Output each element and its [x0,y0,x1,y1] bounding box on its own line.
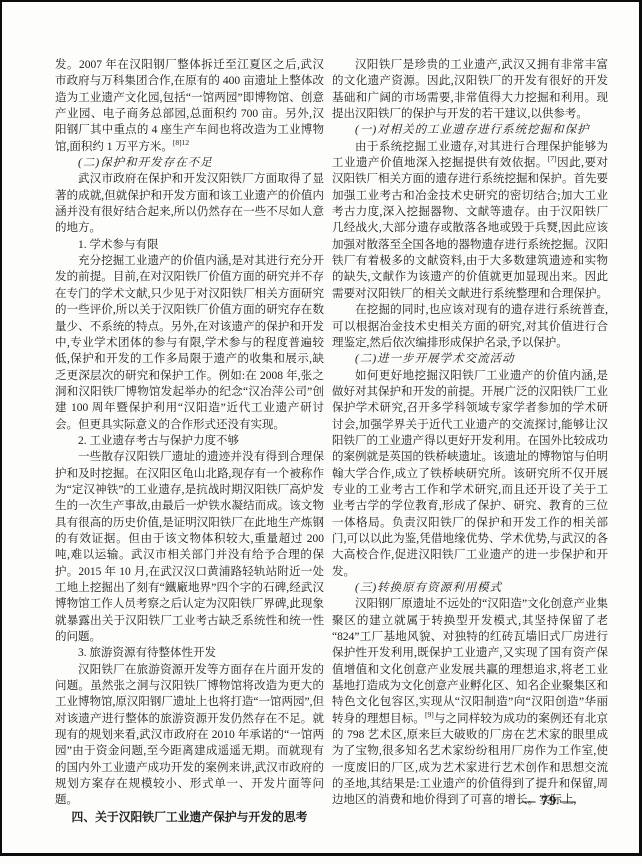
reference-superscript: [9] [425,710,434,719]
paragraph: 发。2007 年在汉阳钢厂整体拆迁至江夏区之后,武汉市政府与万科集团合作,在原有… [55,57,324,155]
scan-border-left [0,0,2,856]
subsection-heading: 3. 旅游资源有待整体性开发 [55,645,324,661]
paragraph-text: 发。2007 年在汉阳钢厂整体拆迁至江夏区之后,武汉市政府与万科集团合作,在原有… [55,59,324,153]
page-number: — 79 — [490,794,608,810]
paragraph: 如何更好地挖掘汉阳铁厂工业遗产的价值内涵,是做好对其保护和开发的前提。开展广泛的… [332,368,608,580]
scan-border-bottom [0,853,642,856]
paragraph-text: 与之同样较为成功的案例还有北京的 798 艺术区,原来巨大破败的厂房在艺术家的眼… [332,713,608,807]
reference-superscript: [7] [548,154,557,163]
subsection-heading: 1. 学术参与有限 [55,237,324,253]
section-heading: (一)对相关的工业遗存进行系统挖掘和保护 [332,122,608,138]
paragraph: 充分挖掘工业遗产的价值内涵,是对其进行充分开发的前提。目前,在对汉阳铁厂价值方面… [55,253,324,433]
section-heading: (二)保护和开发存在不足 [55,155,324,171]
paragraph: 武汉市政府在保护和开发汉阳铁厂方面取得了显著的成就,但就保护和开发方面和该工业遗… [55,171,324,236]
paragraph: 一些散存汉阳铁厂遗址的遗迹并没有得到合理保护和及时挖掘。在汉阳区龟山北路,现存有… [55,449,324,645]
scanned-page: 发。2007 年在汉阳钢厂整体拆迁至江夏区之后,武汉市政府与万科集团合作,在原有… [0,0,642,864]
paragraph: 在挖掘的同时,也应该对现有的遗存进行系统普查,可以根据冶金技术史相关方面的研究,… [332,302,608,351]
section-heading: (二)进一步开展学术交流活动 [332,351,608,367]
scan-border-top [0,0,642,2]
left-column: 发。2007 年在汉阳钢厂整体拆迁至江夏区之后,武汉市政府与万科集团合作,在原有… [55,57,324,825]
subsection-heading: 2. 工业遗存考古与保护力度不够 [55,433,324,449]
paragraph: 由于系统挖掘工业遗存,对其进行合理保护能够为工业遗产价值地深入挖掘提供有效依据。… [332,139,608,302]
paragraph: 汉阳铁厂在旅游资源开发等方面存在片面开发的问题。虽然张之洞与汉阳铁厂博物馆将改造… [55,662,324,809]
chapter-heading: 四、关于汉阳铁厂工业遗产保护与开发的思考 [55,809,324,825]
section-heading: (三)转换原有资源利用模式 [332,580,608,596]
paragraph-text: 汉阳钢厂原遗址不远处的“汉阳造”文化创意产业集聚区的建立就属于转换型开发模式,其… [332,598,608,724]
paragraph: 汉阳钢厂原遗址不远处的“汉阳造”文化创意产业集聚区的建立就属于转换型开发模式,其… [332,596,608,808]
right-column: 汉阳铁厂是珍贵的工业遗产,武汉又拥有非常丰富的文化遗产资源。因此,汉阳铁厂的开发… [332,57,608,809]
paragraph-text: 因此,要对汉阳铁厂相关方面的遗存进行系统挖掘和保护。首先要加强工业考古和冶金技术… [332,157,608,300]
reference-superscript: [8]12 [173,138,189,147]
paragraph: 汉阳铁厂是珍贵的工业遗产,武汉又拥有非常丰富的文化遗产资源。因此,汉阳铁厂的开发… [332,57,608,122]
